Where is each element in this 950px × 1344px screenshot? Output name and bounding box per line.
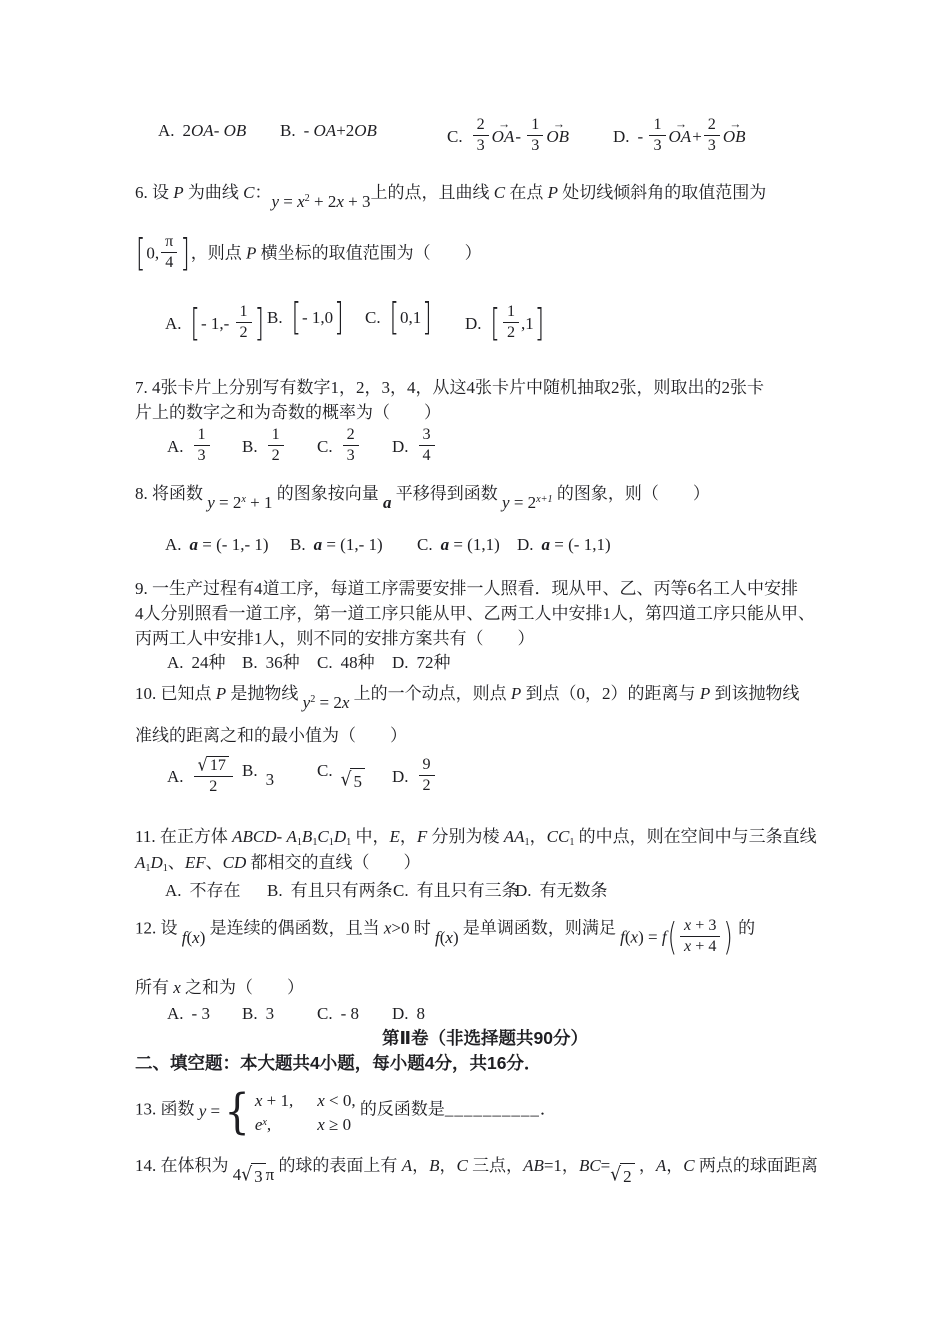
option-d-formula: - 13OA+23OB: [638, 127, 747, 146]
question-6-line-1: 6. 设 P 为曲线 C：y = x2 + 2x + 3上的点，且曲线 C 在点…: [135, 180, 766, 208]
square-root: √3: [241, 1163, 265, 1189]
option-c: C.√5: [317, 758, 365, 785]
question-13-line: 13. 函数 y = {x + 1,x < 0,ex,x ≥ 0 的反函数是__…: [135, 1088, 557, 1134]
vector-with-arrow-icon: OB: [546, 124, 569, 149]
option-b: B.3: [242, 1001, 274, 1026]
option-b: B.12: [242, 428, 286, 467]
fraction: 12: [268, 426, 284, 465]
fraction: 12: [503, 303, 519, 342]
tall-bracket: [: [292, 298, 301, 335]
option-c: C.[0,1]: [365, 305, 433, 331]
question-14-line: 14. 在体积为 4√3π 的球的表面上有 A，B，C 三点，AB=1，BC=√…: [135, 1153, 818, 1180]
tall-bracket: ]: [535, 304, 544, 341]
fraction: x + 3x + 4: [680, 917, 720, 956]
option-c: C.23OA- 13OB: [447, 118, 570, 157]
square-root: √5: [341, 768, 365, 794]
question-12-line-1: 12. 设 f(x) 是连续的偶函数，且当 x>0 时 f(x) 是单调函数，则…: [135, 910, 755, 949]
tall-bracket: [: [491, 304, 500, 341]
fraction: 92: [419, 756, 435, 795]
question-9-line-3: 丙两工人中安排1人，则不同的安排方案共有（ ）: [135, 626, 535, 651]
question-10-line-1: 10. 已知点 P 是抛物线 y2 = 2x 上的一个动点，则点 P 到点（0，…: [135, 681, 799, 709]
option-b: B.36种: [242, 650, 300, 675]
option-a-formula: 2OA- OB: [183, 121, 247, 140]
question-7-line-2: 片上的数字之和为奇数的概率为（ ）: [135, 400, 441, 425]
fraction: 23: [473, 116, 489, 155]
piecewise-function: {x + 1,x < 0,ex,x ≥ 0: [224, 1090, 355, 1136]
option-c-formula: 23OA- 13OB: [471, 127, 570, 146]
option-d: D.8: [392, 1001, 425, 1026]
fraction: 34: [419, 426, 435, 465]
option-c: C.有且只有三条: [393, 878, 519, 903]
tall-bracket: [: [136, 234, 145, 271]
option-d: D.92: [392, 758, 437, 797]
option-b: B.a = (1,- 1): [290, 532, 383, 557]
radical-icon: √: [610, 1162, 621, 1190]
exam-content: A.2OA- OB B.- OA+2OB C.23OA- 13OB D.- 13…: [135, 112, 835, 1292]
question-9-line-2: 4人分别照看一道工序，第一道工序只能从甲、乙两工人中安排1人，第四道工序只能从甲…: [135, 601, 815, 626]
fraction: 23: [343, 426, 359, 465]
question-7-line-1: 7. 4张卡片上分别写有数字1，2，3，4，从这4张卡片中随机抽取2张，则取出的…: [135, 375, 764, 400]
section-2-heading: 第Ⅱ卷（非选择题共90分）: [135, 1025, 835, 1050]
tall-bracket: ]: [180, 234, 189, 271]
option-a: A.24种: [167, 650, 226, 675]
option-c: C.- 8: [317, 1001, 359, 1026]
fill-in-section-intro: 二、填空题：本大题共4小题，每小题4分，共16分．: [135, 1051, 541, 1076]
question-10-line-2: 准线的距离之和的最小值为（ ）: [135, 723, 407, 748]
question-9-line-1: 9. 一生产过程有4道工序，每道工序需要安排一人照看．现从甲、乙、丙等6名工人中…: [135, 576, 798, 601]
question-11-line-2: A1D1、EF、CD 都相交的直线（ ）: [135, 850, 421, 878]
fraction: 13: [649, 116, 665, 155]
option-b-formula: - OA+2OB: [304, 121, 377, 140]
question-12-line-2: 所有 x 之和为（ ）: [135, 975, 304, 1000]
option-a: A.√172: [167, 758, 235, 798]
option-c: C.a = (1,1): [417, 532, 500, 557]
tall-bracket: [: [191, 304, 200, 341]
fraction: 12: [236, 303, 252, 342]
option-c: C.48种: [317, 650, 375, 675]
option-b: B.3: [242, 758, 274, 783]
option-b: B.有且只有两条: [267, 878, 393, 903]
option-c: C.23: [317, 428, 361, 467]
question-8-line-1: 8. 将函数 y = 2x + 1 的图象按向量 a 平移得到函数 y = 2x…: [135, 481, 710, 509]
answer-blank: __________: [445, 1100, 540, 1119]
option-b: B.[- 1,0]: [267, 305, 345, 331]
fraction: 13: [194, 426, 210, 465]
fraction: π4: [161, 233, 177, 272]
tall-bracket: ): [723, 918, 732, 955]
option-d: D.- 13OA+23OB: [613, 118, 747, 157]
tall-bracket: ]: [422, 298, 431, 335]
option-a: A.不存在: [165, 878, 241, 903]
option-b: B.- OA+2OB: [280, 118, 377, 143]
option-a: A.a = (- 1,- 1): [165, 532, 269, 557]
option-d: D.34: [392, 428, 437, 467]
square-root: √17: [198, 756, 229, 775]
exam-document-page: A.2OA- OB B.- OA+2OB C.23OA- 13OB D.- 13…: [0, 0, 950, 1344]
option-a: A.13: [167, 428, 212, 467]
square-root: √2: [610, 1163, 634, 1189]
option-d: D.72种: [392, 650, 451, 675]
option-d: D.有无数条: [515, 878, 608, 903]
vector-with-arrow-icon: OA: [492, 124, 515, 149]
tall-bracket: ]: [255, 304, 264, 341]
fraction: 23: [704, 116, 720, 155]
tall-bracket: ]: [334, 298, 343, 335]
option-a: A.[- 1,- 12]: [165, 305, 265, 344]
fraction: √172: [194, 756, 233, 796]
brace-icon: {: [224, 1091, 249, 1134]
radical-icon: √: [341, 767, 352, 795]
fraction: 13: [527, 116, 543, 155]
option-a: A.- 3: [167, 1001, 210, 1026]
radical-icon: √: [198, 755, 208, 775]
vector-with-arrow-icon: OA: [669, 124, 692, 149]
question-11-line-1: 11. 在正方体 ABCD- A1B1C1D1 中，E，F 分别为棱 AA1，C…: [135, 824, 817, 852]
tall-bracket: (: [668, 918, 677, 955]
option-a: A.2OA- OB: [158, 118, 246, 143]
vector-with-arrow-icon: OB: [723, 124, 746, 149]
question-6-line-2: [0,π4]，则点 P 横坐标的取值范围为（ ）: [135, 235, 482, 274]
radical-icon: √: [241, 1162, 252, 1190]
option-d: D.a = (- 1,1): [517, 532, 611, 557]
tall-bracket: [: [390, 298, 399, 335]
option-d: D.[12,1]: [465, 305, 545, 344]
